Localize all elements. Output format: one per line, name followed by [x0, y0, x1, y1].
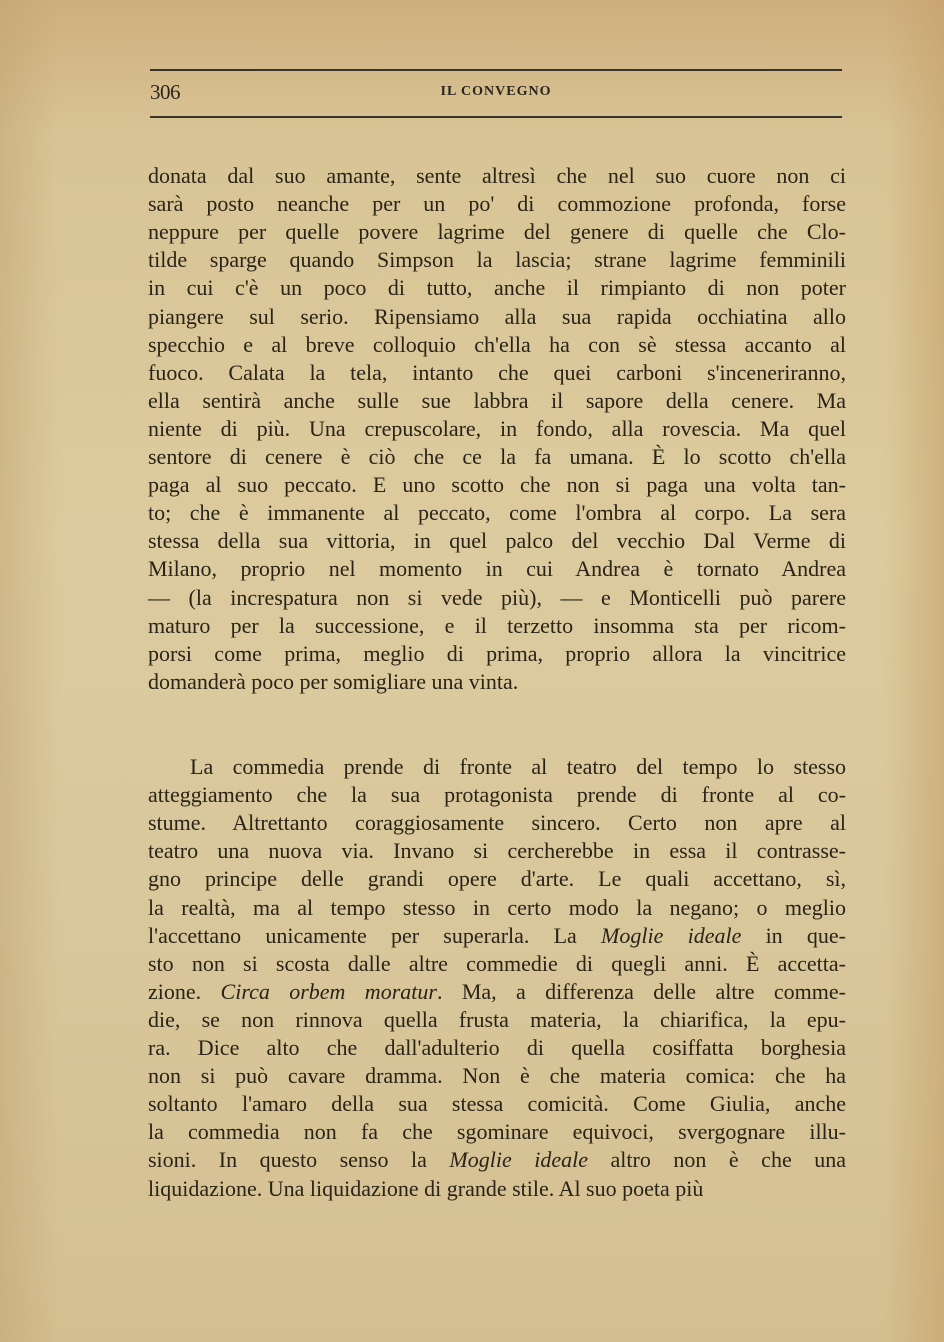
text-line: la commedia non fa che sgominare equivoc… — [148, 1118, 846, 1146]
text-line: porsi come prima, meglio di prima, propr… — [148, 640, 846, 668]
text-line: die, se non rinnova quella frusta materi… — [148, 1006, 846, 1034]
text-line: piangere sul serio. Ripensiamo alla sua … — [148, 303, 846, 331]
text-line: zione. Circa orbem moratur. Ma, a differ… — [148, 978, 846, 1006]
page-edge-shadow-left — [0, 0, 60, 1342]
text-line: ra. Dice alto che dall'adulterio di quel… — [148, 1034, 846, 1062]
text-line: paga al suo peccato. E uno scotto che no… — [148, 471, 846, 499]
text-line: ella sentirà anche sulle sue labbra il s… — [148, 387, 846, 415]
scanned-page: 306 IL CONVEGNO donata dal suo amante, s… — [0, 0, 944, 1342]
text-line: sentore di cenere è ciò che ce la fa uma… — [148, 443, 846, 471]
text-line: soltanto l'amaro della sua stessa comici… — [148, 1090, 846, 1118]
text-line: donata dal suo amante, sente altresì che… — [148, 162, 846, 190]
text-line: La commedia prende di fronte al teatro d… — [190, 753, 846, 781]
italic-title: Circa orbem moratur — [221, 979, 437, 1004]
text-line: fuoco. Calata la tela, intanto che quei … — [148, 359, 846, 387]
text-line: neppure per quelle povere lagrime del ge… — [148, 218, 846, 246]
text-line: to; che è immanente al peccato, come l'o… — [148, 499, 846, 527]
header-rule-bottom — [150, 116, 842, 118]
text-line: liquidazione. Una liquidazione di grande… — [148, 1175, 846, 1203]
text-line: sioni. In questo senso la Moglie ideale … — [148, 1146, 846, 1174]
text-line: Milano, proprio nel momento in cui Andre… — [148, 555, 846, 583]
text-line: specchio e al breve colloquio ch'ella ha… — [148, 331, 846, 359]
text-line: — (la increspatura non si vede più), — e… — [148, 584, 846, 612]
text-line: domanderà poco per somigliare una vinta. — [148, 668, 846, 696]
text-line: niente di più. Una crepuscolare, in fond… — [148, 415, 846, 443]
text-line: maturo per la successione, e il terzetto… — [148, 612, 846, 640]
text-line: non si può cavare dramma. Non è che mate… — [148, 1062, 846, 1090]
text-line: stessa della sua vittoria, in quel palco… — [148, 527, 846, 555]
header-rule-top — [150, 69, 842, 71]
text-line: stume. Altrettanto coraggiosamente since… — [148, 809, 846, 837]
text-line: teatro una nuova via. Invano si cerchere… — [148, 837, 846, 865]
italic-title: Moglie ideale — [449, 1147, 588, 1172]
text-line: sto non si scosta dalle altre commedie d… — [148, 950, 846, 978]
text-line: sarà posto neanche per un po' di commozi… — [148, 190, 846, 218]
text-line: l'accettano unicamente per superarla. La… — [148, 922, 846, 950]
text-line: gno principe delle grandi opere d'arte. … — [148, 865, 846, 893]
running-head: 306 IL CONVEGNO — [150, 80, 842, 106]
journal-title: IL CONVEGNO — [150, 84, 842, 100]
page-edge-shadow-right — [884, 0, 944, 1342]
italic-title: Moglie ideale — [601, 923, 741, 948]
text-line: tilde sparge quando Simpson la lascia; s… — [148, 246, 846, 274]
text-line: in cui c'è un poco di tutto, anche il ri… — [148, 274, 846, 302]
text-line: atteggiamento che la sua protagonista pr… — [148, 781, 846, 809]
text-line: la realtà, ma al tempo stesso in certo m… — [148, 894, 846, 922]
